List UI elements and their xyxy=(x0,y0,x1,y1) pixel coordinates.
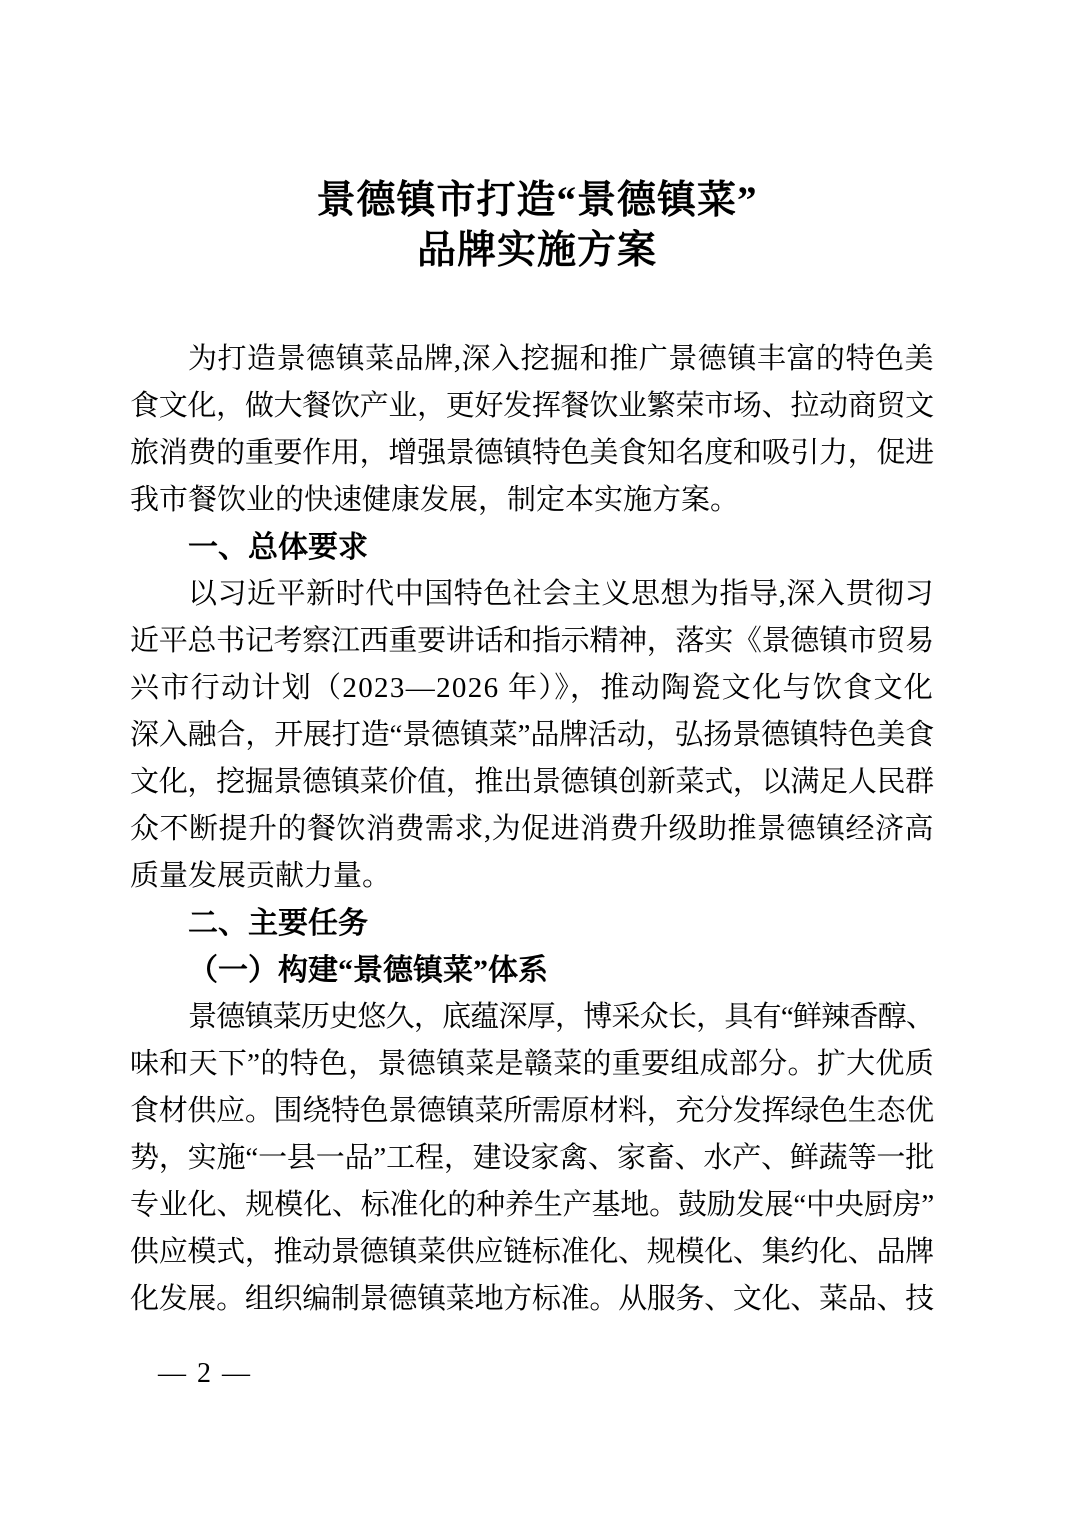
page-number: — 2 — xyxy=(158,1350,252,1397)
section-2-text: 景德镇菜历史悠久，底蕴深厚，博采众长，具有“鲜辣香醇、 xyxy=(188,1001,934,1033)
section-1-line: 质量发展贡献力量。 xyxy=(130,853,934,900)
document-title-text-1: 景德镇市打造“景德镇菜” xyxy=(316,179,757,222)
section-1-text: 近平总书记考察江西重要讲话和指示精神，落实《景德镇市贸易 xyxy=(130,625,934,657)
document-title-text-2: 品牌实施方案 xyxy=(417,229,657,272)
document-title: 景德镇市打造“景德镇菜” 品牌实施方案 xyxy=(0,0,1074,276)
document-title-line-2: 品牌实施方案 xyxy=(0,226,1074,276)
intro-line: 我市餐饮业的快速健康发展，制定本实施方案。 xyxy=(130,477,934,524)
section-2-line: 食材供应。围绕特色景德镇菜所需原材料，充分发挥绿色生态优 xyxy=(130,1088,934,1135)
section-1-text: 众不断提升的餐饮消费需求,为促进消费升级助推景德镇经济高 xyxy=(130,813,934,845)
section-1-line: 兴市行动计划（2023—2026 年）》，推动陶瓷文化与饮食文化 xyxy=(130,665,934,712)
section-2-text: 化发展。组织编制景德镇菜地方标准。从服务、文化、菜品、技 xyxy=(130,1283,934,1315)
section-2-subheading: （一）构建“景德镇菜”体系 xyxy=(130,947,934,994)
section-2-subheading-text: （一）构建“景德镇菜”体系 xyxy=(188,954,548,987)
section-2-line: 供应模式，推动景德镇菜供应链标准化、规模化、集约化、品牌 xyxy=(130,1229,934,1276)
section-1-line: 以习近平新时代中国特色社会主义思想为指导,深入贯彻习 xyxy=(130,571,934,618)
intro-text: 我市餐饮业的快速健康发展，制定本实施方案。 xyxy=(130,484,739,516)
page-number-text: — 2 — xyxy=(158,1358,252,1389)
section-2-line: 味和天下”的特色，景德镇菜是赣菜的重要组成部分。扩大优质 xyxy=(130,1041,934,1088)
section-2-text: 食材供应。围绕特色景德镇菜所需原材料，充分发挥绿色生态优 xyxy=(130,1095,934,1127)
section-1-line: 近平总书记考察江西重要讲话和指示精神，落实《景德镇市贸易 xyxy=(130,618,934,665)
section-1-text: 深入融合，开展打造“景德镇菜”品牌活动，弘扬景德镇特色美食 xyxy=(130,719,934,751)
document-page: 景德镇市打造“景德镇菜” 品牌实施方案 为打造景德镇菜品牌,深入挖掘和推广景德镇… xyxy=(0,0,1074,1520)
section-2-heading: 二、主要任务 xyxy=(130,900,934,947)
intro-line: 为打造景德镇菜品牌,深入挖掘和推广景德镇丰富的特色美 xyxy=(130,336,934,383)
section-1-text: 质量发展贡献力量。 xyxy=(130,860,391,892)
section-2-line: 势，实施“一县一品”工程，建设家禽、家畜、水产、鲜蔬等一批 xyxy=(130,1135,934,1182)
section-1-text: 以习近平新时代中国特色社会主义思想为指导,深入贯彻习 xyxy=(188,578,934,610)
intro-line: 旅消费的重要作用，增强景德镇特色美食知名度和吸引力，促进 xyxy=(130,430,934,477)
intro-text: 为打造景德镇菜品牌,深入挖掘和推广景德镇丰富的特色美 xyxy=(188,343,934,375)
section-2-text: 专业化、规模化、标准化的种养生产基地。鼓励发展“中央厨房” xyxy=(130,1189,934,1221)
document-title-line-1: 景德镇市打造“景德镇菜” xyxy=(0,176,1074,226)
section-1-heading-text: 一、总体要求 xyxy=(188,531,368,564)
section-2-text: 味和天下”的特色，景德镇菜是赣菜的重要组成部分。扩大优质 xyxy=(130,1048,934,1080)
section-2-text: 供应模式，推动景德镇菜供应链标准化、规模化、集约化、品牌 xyxy=(130,1236,934,1268)
section-2-line: 专业化、规模化、标准化的种养生产基地。鼓励发展“中央厨房” xyxy=(130,1182,934,1229)
section-2-heading-text: 二、主要任务 xyxy=(188,907,368,940)
intro-text: 旅消费的重要作用，增强景德镇特色美食知名度和吸引力，促进 xyxy=(130,437,934,469)
section-1-text: 文化，挖掘景德镇菜价值，推出景德镇创新菜式，以满足人民群 xyxy=(130,766,934,798)
section-1-line: 文化，挖掘景德镇菜价值，推出景德镇创新菜式，以满足人民群 xyxy=(130,759,934,806)
section-1-line: 深入融合，开展打造“景德镇菜”品牌活动，弘扬景德镇特色美食 xyxy=(130,712,934,759)
intro-text: 食文化，做大餐饮产业，更好发挥餐饮业繁荣市场、拉动商贸文 xyxy=(130,390,934,422)
section-2-line: 化发展。组织编制景德镇菜地方标准。从服务、文化、菜品、技 xyxy=(130,1276,934,1323)
intro-line: 食文化，做大餐饮产业，更好发挥餐饮业繁荣市场、拉动商贸文 xyxy=(130,383,934,430)
section-2-text: 势，实施“一县一品”工程，建设家禽、家畜、水产、鲜蔬等一批 xyxy=(130,1142,934,1174)
section-1-line: 众不断提升的餐饮消费需求,为促进消费升级助推景德镇经济高 xyxy=(130,806,934,853)
section-1-text: 兴市行动计划（2023—2026 年）》，推动陶瓷文化与饮食文化 xyxy=(130,672,934,704)
document-body: 为打造景德镇菜品牌,深入挖掘和推广景德镇丰富的特色美 食文化，做大餐饮产业，更好… xyxy=(0,336,1074,1323)
section-1-heading: 一、总体要求 xyxy=(130,524,934,571)
section-2-line: 景德镇菜历史悠久，底蕴深厚，博采众长，具有“鲜辣香醇、 xyxy=(130,994,934,1041)
